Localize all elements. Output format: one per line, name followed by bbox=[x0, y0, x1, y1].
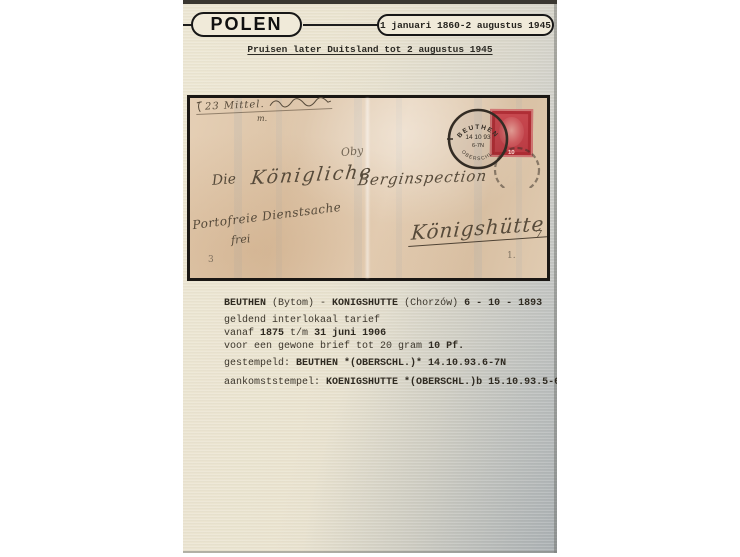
page-right-edge-shadow bbox=[554, 4, 557, 553]
top-note-text: 23 Mittel. bbox=[205, 98, 265, 112]
country-label-box: POLEN bbox=[191, 12, 302, 37]
arrival-prefix: aankomststempel: bbox=[224, 377, 326, 388]
page-subtitle: Pruisen later Duitsland tot 2 augustus 1… bbox=[183, 44, 557, 55]
page-bottom-edge-shadow bbox=[183, 551, 557, 553]
beuthen-postmark-icon: BEUTHEN 14 10 93 6-7N OBERSCHL. bbox=[441, 104, 541, 188]
illegible-script-icon bbox=[267, 95, 331, 110]
handwritten-mark-m: m. bbox=[257, 114, 267, 123]
header-rule-mid bbox=[303, 24, 378, 26]
period-label: 1 januari 1860-2 augustus 1945 bbox=[380, 20, 551, 31]
pencil-mark-left: 3 bbox=[208, 255, 214, 265]
handwritten-center-mark: Oby bbox=[340, 144, 364, 159]
arrival-value: KOENIGSHUTTE *(OBERSCHL.)b 15.10.93.5-6V bbox=[326, 377, 557, 388]
album-page: POLEN 1 januari 1860-2 augustus 1945 Pru… bbox=[183, 0, 557, 553]
country-label: POLEN bbox=[210, 14, 282, 35]
handwriting-flourish-icon bbox=[196, 101, 203, 113]
postmark-date: 14 10 93 bbox=[465, 134, 491, 141]
description-line-arrival: aankomststempel: KOENIGSHUTTE *(OBERSCHL… bbox=[188, 366, 557, 399]
pencil-mark-right: 1. bbox=[507, 251, 516, 261]
route-sep-2: (Chorzów) bbox=[398, 298, 464, 309]
photo-top-edge bbox=[183, 0, 557, 4]
handwritten-salutation: Die bbox=[211, 171, 236, 189]
period-label-box: 1 januari 1860-2 augustus 1945 bbox=[377, 14, 554, 36]
handwritten-destination-suffix: 7 bbox=[535, 228, 542, 241]
postmark-time: 6-7N bbox=[472, 143, 484, 149]
route-date: 6 - 10 - 1893 bbox=[464, 298, 542, 309]
handwritten-service-note-2: frei bbox=[230, 232, 250, 247]
album-page-photo-canvas: POLEN 1 januari 1860-2 augustus 1945 Pru… bbox=[0, 0, 740, 557]
